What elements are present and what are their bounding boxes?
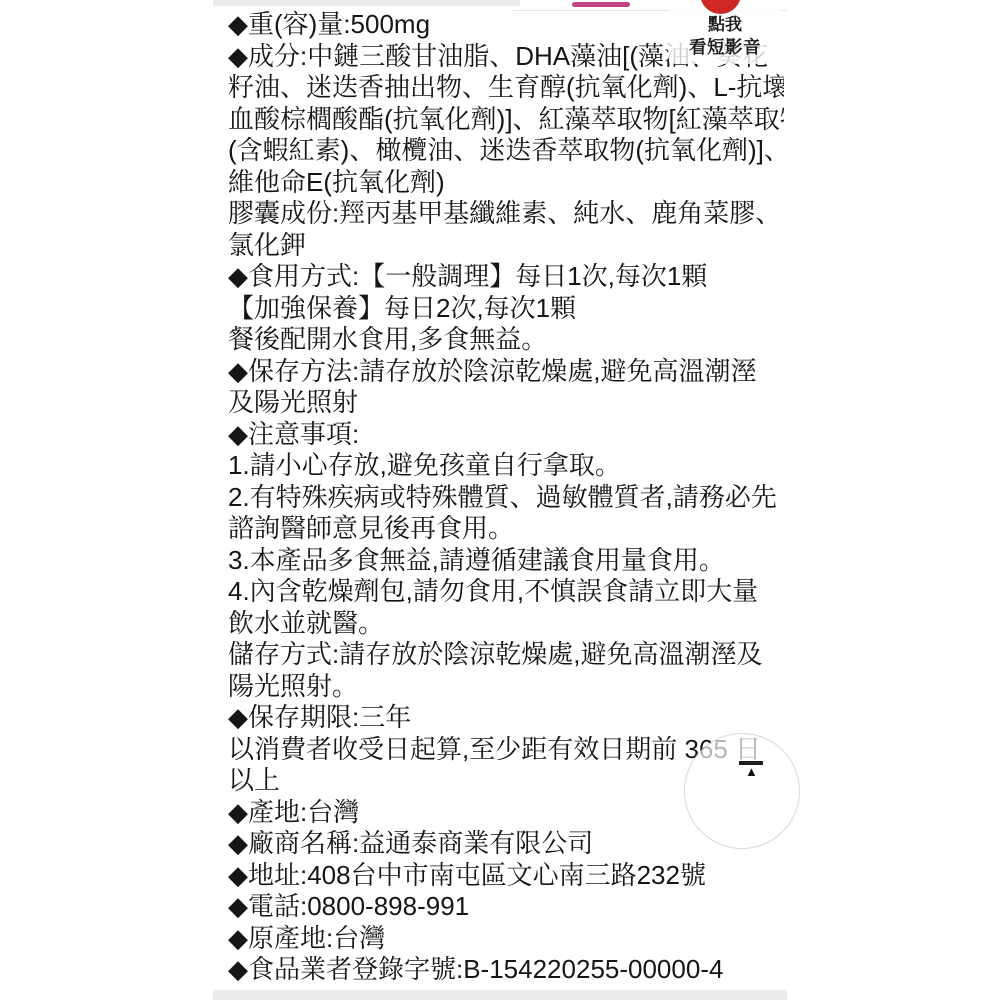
product-info-line: 諮詢醫師意見後再食用。 (228, 513, 784, 545)
selected-tab-indicator (572, 2, 630, 7)
watch-short-video-label-line2: 看短影音 (668, 36, 782, 59)
product-info-line: ◆食品業者登錄字號:B-154220255-00000-4 (228, 954, 784, 986)
watch-short-video-label-line1: 點我 (668, 14, 782, 36)
product-info-line: ◆保存方法:請存放於陰涼乾燥處,避免高溫潮溼 (228, 356, 784, 388)
product-info-line: 維他命E(抗氧化劑) (228, 167, 784, 199)
product-info-line: ◆注意事項: (228, 419, 784, 451)
product-info-line: 3.本產品多食無益,請遵循建議食用量食用。 (228, 545, 784, 577)
arrow-up-icon: ▲ (745, 765, 758, 778)
product-info-line: 籽油、迷迭香抽出物、生育醇(抗氧化劑)、L-抗壞 (228, 72, 784, 104)
product-info-line: 儲存方式:請存放於陰涼乾燥處,避免高溫潮溼及 (228, 639, 784, 671)
bottom-separator-strip (213, 990, 787, 1000)
watch-short-video-button[interactable]: 點我 看短影音 (668, 6, 782, 64)
product-info-line: 氯化鉀 (228, 230, 784, 262)
product-info-line: ◆食用方式:【一般調理】每日1次,每次1顆 (228, 261, 784, 293)
product-info-line: ◆保存期限:三年 (228, 702, 784, 734)
product-info-line: ◆電話:0800-898-991 (228, 891, 784, 923)
top-separator-strip (213, 0, 520, 6)
product-description-column: ◆重(容)量:500mg ◆成分:中鏈三酸甘油脂、DHA藻油[(藻油、葵花 籽油… (213, 0, 787, 1000)
product-info-line: ◆廠商名稱:益通泰商業有限公司 (228, 828, 784, 860)
product-info-text: ◆重(容)量:500mg ◆成分:中鏈三酸甘油脂、DHA藻油[(藻油、葵花 籽油… (228, 9, 784, 986)
product-info-line: ◆地址:408台中市南屯區文心南三路232號 (228, 860, 784, 892)
product-info-line: 4.內含乾燥劑包,請勿食用,不慎誤食請立即大量 (228, 576, 784, 608)
product-info-line: 2.有特殊疾病或特殊體質、過敏體質者,請務必先 (228, 482, 784, 514)
product-info-line: 餐後配開水食用,多食無益。 (228, 324, 784, 356)
product-info-line: 1.請小心存放,避免孩童自行拿取。 (228, 450, 784, 482)
product-description-page: ◆重(容)量:500mg ◆成分:中鏈三酸甘油脂、DHA藻油[(藻油、葵花 籽油… (0, 0, 1000, 1000)
product-info-line: 膠囊成份:羥丙基甲基纖維素、純水、鹿角菜膠、 (228, 198, 784, 230)
product-info-line: 血酸棕櫚酸酯(抗氧化劑)]、紅藻萃取物[紅藻萃取物 (228, 104, 784, 136)
scroll-to-top-button[interactable]: ▲ (684, 733, 800, 849)
product-info-line: (含蝦紅素)、橄欖油、迷迭香萃取物(抗氧化劑)]、 (228, 135, 784, 167)
product-info-line: 及陽光照射 (228, 387, 784, 419)
product-info-line: 飲水並就醫。 (228, 608, 784, 640)
product-info-line: 陽光照射。 (228, 671, 784, 703)
product-info-line: ◆原產地:台灣 (228, 923, 784, 955)
product-info-line: 【加強保養】每日2次,每次1顆 (228, 293, 784, 325)
